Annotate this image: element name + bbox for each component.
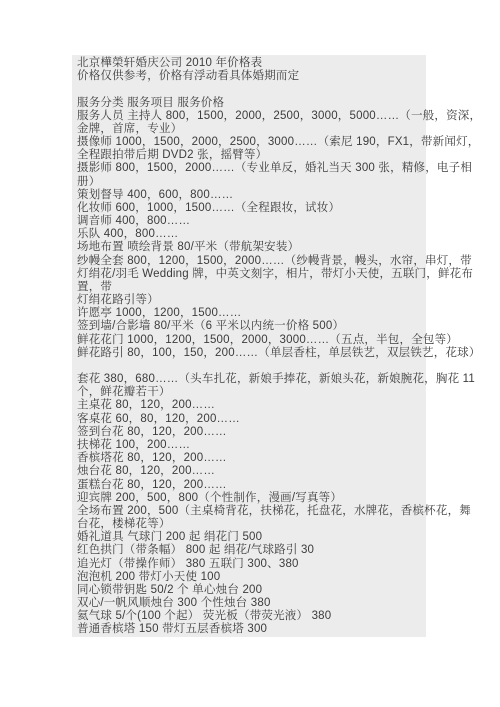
price-line: 册） — [77, 176, 426, 189]
price-line: 全场布置 200，500（主桌椅背花，扶梯花，托盘花，水牌花，香槟杯花，舞 — [77, 505, 426, 518]
document-title: 北京樺榮轩婚庆公司 2010 年价格表 — [77, 57, 426, 70]
price-line: 香槟塔花 80，120，200…… — [77, 452, 426, 465]
price-line: 置，带 — [77, 281, 426, 294]
price-line: 婚礼道具 气球门 200 起 绢花门 500 — [77, 531, 426, 544]
price-line: 许愿亭 1000，1200，1500…… — [77, 307, 426, 320]
price-line: 签到台花 80，120，200…… — [77, 426, 426, 439]
price-line: 签到墙/合影墙 80/平米（6 平米以内统一价格 500） — [77, 320, 426, 333]
price-line: 双心/一帆风顺烛台 300 个性烛台 380 — [77, 597, 426, 610]
price-line: 红色拱门（带条幅） 800 起 绢花/气球路引 30 — [77, 544, 426, 557]
price-line: 化妆师 600，1000，1500……（全程跟妆，试妆） — [77, 202, 426, 215]
table-header-line: 服务分类 服务项目 服务价格 — [77, 97, 426, 110]
price-line: 泡泡机 200 带灯小天使 100 — [77, 571, 426, 584]
price-line: 灯绢花路引等） — [77, 294, 426, 307]
price-line: 摄像师 1000，1500，2000，2500，3000……（索尼 190，FX… — [77, 136, 426, 149]
price-line: 场地布置 喷绘背景 80/平米（带航架安装） — [77, 241, 426, 254]
blank-line — [77, 83, 426, 96]
price-line: 客桌花 60，80，120，200…… — [77, 413, 426, 426]
price-line: 乐队 400，800…… — [77, 228, 426, 241]
price-line: 烛台花 80，120，200…… — [77, 465, 426, 478]
price-line: 蛋糕台花 80，120，200…… — [77, 479, 426, 492]
price-line: 套花 380，680……（头车扎花，新娘手捧花，新娘头花，新娘腕花，胸花 11 — [77, 373, 426, 386]
price-line: 同心锁带钥匙 50/2 个 单心烛台 200 — [77, 584, 426, 597]
document-page: 北京樺榮轩婚庆公司 2010 年价格表价格仅供参考，价格有浮动看具体婚期而定服务… — [0, 0, 500, 707]
price-line: 纱幔全套 800，1200，1500，2000……（纱幔背景，幔头，水帘，串灯，… — [77, 255, 426, 268]
price-line: 摄影师 800，1500，2000……（专业单反，婚礼当天 300 张，精修，电… — [77, 162, 426, 175]
price-line: 台花，楼梯花等） — [77, 518, 426, 531]
price-line: 调音师 400，800…… — [77, 215, 426, 228]
price-line: 策划督导 400，600，800…… — [77, 189, 426, 202]
price-line: 普通香槟塔 150 带灯五层香槟塔 300 — [77, 623, 426, 636]
price-line: 氦气球 5/个(100 个起） 荧光板（带荧光液） 380 — [77, 610, 426, 623]
price-line: 迎宾牌 200，500，800（个性制作，漫画/写真等） — [77, 492, 426, 505]
price-line: 主桌花 80，120，200…… — [77, 399, 426, 412]
price-line: 鲜花花门 1000，1200，1500，2000，3000……（五点，半包，全包… — [77, 334, 426, 347]
price-line: 服务人员 主持人 800，1500，2000，2500，3000，5000……（… — [77, 110, 426, 123]
price-line: 金牌，首席，专业） — [77, 123, 426, 136]
price-line: 灯绢花/羽毛 Wedding 牌，中英文刻字，相片，带灯小天使，五联门，鲜花布 — [77, 268, 426, 281]
blank-line — [77, 360, 426, 373]
price-line: 鲜花路引 80，100，150，200……（单层香柱，单层铁艺，双层铁艺，花球） — [77, 347, 426, 360]
price-line: 全程跟拍带后期 DVD2 张，摇臂等） — [77, 149, 426, 162]
price-line: 追光灯（带操作师） 380 五联门 300、380 — [77, 558, 426, 571]
document-note: 价格仅供参考，价格有浮动看具体婚期而定 — [77, 70, 426, 83]
price-line: 扶梯花 100，200…… — [77, 439, 426, 452]
price-list-scan: 北京樺榮轩婚庆公司 2010 年价格表价格仅供参考，价格有浮动看具体婚期而定服务… — [72, 55, 426, 637]
price-line: 个，鲜花瓣若干） — [77, 386, 426, 399]
